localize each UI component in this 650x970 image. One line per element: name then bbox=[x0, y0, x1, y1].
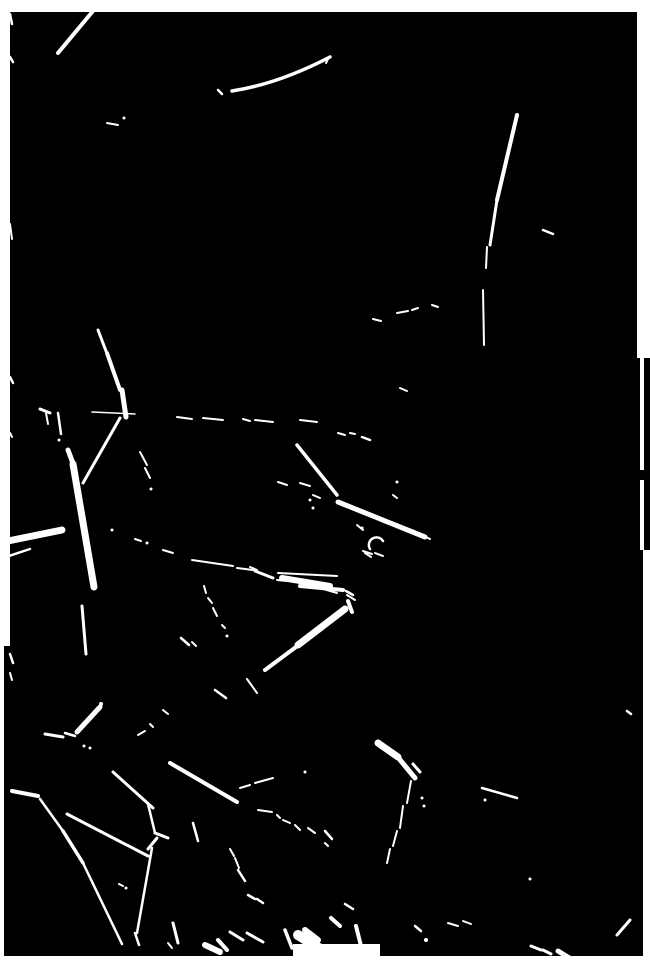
binary-micrograph bbox=[0, 0, 650, 970]
micrograph-figure bbox=[0, 0, 650, 970]
